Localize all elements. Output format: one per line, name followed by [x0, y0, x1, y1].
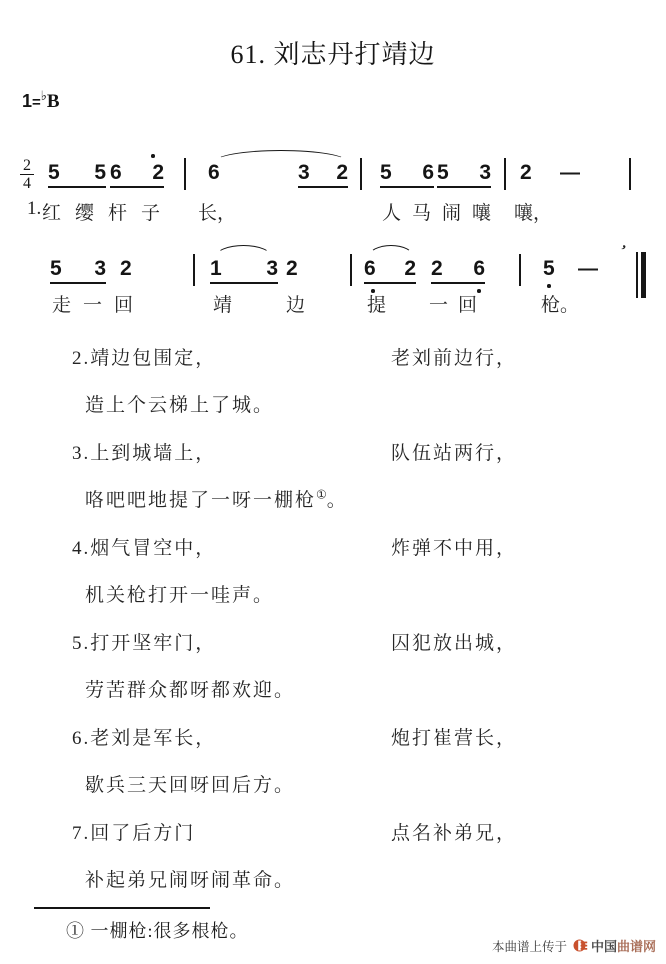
verse-second-text: 咯吧吧地提了一呀一棚枪 — [85, 490, 316, 511]
lyrics-line-1: 1. 红缨杆子 长， 人马闹嚷 嚷， — [0, 198, 666, 228]
watermark-brand-accent: 曲谱网 — [617, 939, 656, 954]
key-tonic: 1 — [22, 91, 32, 111]
verse-number: 6. — [72, 728, 90, 749]
qupu-logo-icon — [573, 938, 588, 956]
beam-group: 5 5 — [48, 162, 106, 188]
slur-arc — [215, 245, 272, 257]
octave-dot-below — [547, 284, 551, 288]
note: 6 — [110, 162, 122, 184]
verse-second-text: 歇兵三天回呀回后方。 — [85, 775, 295, 796]
verse-7: 7.回了后方门 点名补弟兄， 补起弟兄闹呀闹革命。 — [0, 811, 666, 906]
watermark-brand-dark: 中国 — [591, 939, 617, 954]
verse-left-text: 回了后方门 — [90, 823, 195, 844]
verse-right-text: 点名补弟兄， — [391, 818, 517, 845]
verse-second-tail: 。 — [327, 490, 348, 511]
verse-number: 7. — [72, 823, 90, 844]
octave-dot-above — [151, 154, 155, 158]
footnote-divider — [34, 907, 210, 909]
verse-left-text: 打开坚牢门， — [90, 633, 216, 654]
barline — [360, 158, 362, 190]
note: 6 — [473, 258, 485, 280]
verse-line-2: 补起弟兄闹呀闹革命。 — [0, 858, 666, 905]
verses-block: 2.靖边包围定， 老刘前边行， 造上个云梯上了城。 3.上到城墙上， 队伍站两行… — [0, 336, 666, 906]
note: 5 — [94, 162, 106, 184]
note: 6 — [364, 258, 376, 280]
verse-left-text: 烟气冒空中， — [90, 538, 216, 559]
breath-mark: ’ — [617, 243, 627, 261]
lyric-segment: 人马闹嚷 — [382, 198, 502, 225]
verse-line-2: 咯吧吧地提了一呀一棚枪①。 — [0, 478, 666, 525]
note: 3 — [266, 258, 278, 280]
barline — [193, 254, 195, 286]
beam-group: 6 2 — [110, 162, 164, 188]
verse-second-text: 造上个云梯上了城。 — [85, 395, 274, 416]
note: 6 — [208, 162, 220, 184]
watermark-prefix: 本曲谱上传于 — [492, 940, 567, 954]
lyric-segment: 枪。 — [541, 290, 579, 317]
note: 2 — [336, 162, 348, 184]
verse-right-text: 炮打崔营长， — [391, 723, 517, 750]
lyric-segment: 长， — [198, 198, 236, 225]
slur-arc — [214, 150, 348, 162]
verse-line-1: 5.打开坚牢门， 囚犯放出城， — [0, 621, 666, 668]
lyric-segment: 一回 — [429, 290, 487, 317]
verse-line-2: 造上个云梯上了城。 — [0, 383, 666, 430]
time-signature: 2 4 — [20, 157, 34, 192]
verse-line-1: 6.老刘是军长， 炮打崔营长， — [0, 716, 666, 763]
barline — [629, 158, 631, 190]
barline — [184, 158, 186, 190]
note: 2 — [431, 258, 443, 280]
dash-extension: — — [560, 162, 580, 184]
note: 5 — [437, 162, 449, 184]
note: 5 — [48, 162, 60, 184]
verse-4: 4.烟气冒空中， 炸弹不中用， 机关枪打开一哇声。 — [0, 526, 666, 621]
verse-number: 5. — [72, 633, 90, 654]
verse-6: 6.老刘是军长， 炮打崔营长， 歇兵三天回呀回后方。 — [0, 716, 666, 811]
key-equals: = — [32, 94, 41, 111]
note: 6 — [422, 162, 434, 184]
verse-line-2: 机关枪打开一哇声。 — [0, 573, 666, 620]
verse-line-1: 3.上到城墙上， 队伍站两行， — [0, 431, 666, 478]
verse-number: 2. — [72, 348, 90, 369]
watermark: 本曲谱上传于中国曲谱网 — [0, 936, 656, 956]
lyric-segment: 边 — [286, 290, 305, 317]
note: 2 — [404, 258, 416, 280]
verse-2: 2.靖边包围定， 老刘前边行， 造上个云梯上了城。 — [0, 336, 666, 431]
lyric-segment: 红缨杆子 — [42, 198, 174, 225]
lyrics-line-2: 走一回 靖 边 提 一回 枪。 — [0, 290, 666, 320]
verse-right-text: 囚犯放出城， — [391, 628, 517, 655]
beam-group: 3 2 — [298, 162, 348, 188]
lyric-segment: 走一回 — [52, 290, 145, 317]
lyric-segment: 提 — [367, 290, 386, 317]
note: 5 — [543, 258, 555, 280]
verse-number: 3. — [72, 443, 90, 464]
note: 3 — [298, 162, 310, 184]
verse-line-2: 劳苦群众都呀都欢迎。 — [0, 668, 666, 715]
verse-second-text: 机关枪打开一哇声。 — [85, 585, 274, 606]
dash-extension: — — [578, 258, 598, 280]
page-title: 61. 刘志丹打靖边 — [0, 34, 666, 71]
verse-line-1: 4.烟气冒空中， 炸弹不中用， — [0, 526, 666, 573]
beam-group: 5 3 — [437, 162, 491, 188]
time-signature-bottom: 4 — [20, 175, 34, 192]
barline — [350, 254, 352, 286]
note: 2 — [152, 162, 164, 184]
verse-second-text: 补起弟兄闹呀闹革命。 — [85, 870, 295, 891]
verse-line-1: 2.靖边包围定， 老刘前边行， — [0, 336, 666, 383]
note: 1 — [210, 258, 222, 280]
verse-right-text: 队伍站两行， — [391, 438, 517, 465]
verse-number: 4. — [72, 538, 90, 559]
verse-left-text: 老刘是军长， — [90, 728, 216, 749]
note: 2 — [520, 162, 532, 184]
beam-group: 5 6 — [380, 162, 434, 188]
verse-right-text: 老刘前边行， — [391, 343, 517, 370]
note: 2 — [286, 258, 298, 280]
verse-number: 1. — [27, 198, 41, 220]
lyric-segment: 靖 — [213, 290, 232, 317]
beam-group: 1 3 — [210, 258, 278, 284]
key-note: B — [47, 91, 60, 112]
beam-group: 5 3 — [50, 258, 106, 284]
verse-left-text: 上到城墙上， — [90, 443, 216, 464]
verse-line-2: 歇兵三天回呀回后方。 — [0, 763, 666, 810]
key-signature: 1=♭B — [22, 88, 60, 113]
time-signature-top: 2 — [20, 157, 34, 175]
note: 5 — [50, 258, 62, 280]
barline — [504, 158, 506, 190]
beam-group: 2 6 — [431, 258, 485, 284]
barline — [519, 254, 521, 286]
verse-left-text: 靖边包围定， — [90, 348, 216, 369]
verse-5: 5.打开坚牢门， 囚犯放出城， 劳苦群众都呀都欢迎。 — [0, 621, 666, 716]
verse-right-text: 炸弹不中用， — [391, 533, 517, 560]
verse-second-text: 劳苦群众都呀都欢迎。 — [85, 680, 295, 701]
note: 2 — [120, 258, 132, 280]
note: 3 — [94, 258, 106, 280]
note: 5 — [380, 162, 392, 184]
footnote-ref: ① — [316, 488, 327, 502]
verse-line-1: 7.回了后方门 点名补弟兄， — [0, 811, 666, 858]
slur-arc — [368, 245, 414, 257]
beam-group: 6 2 — [364, 258, 416, 284]
verse-3: 3.上到城墙上， 队伍站两行， 咯吧吧地提了一呀一棚枪①。 — [0, 431, 666, 526]
lyric-segment: 嚷， — [514, 198, 552, 225]
note: 3 — [479, 162, 491, 184]
